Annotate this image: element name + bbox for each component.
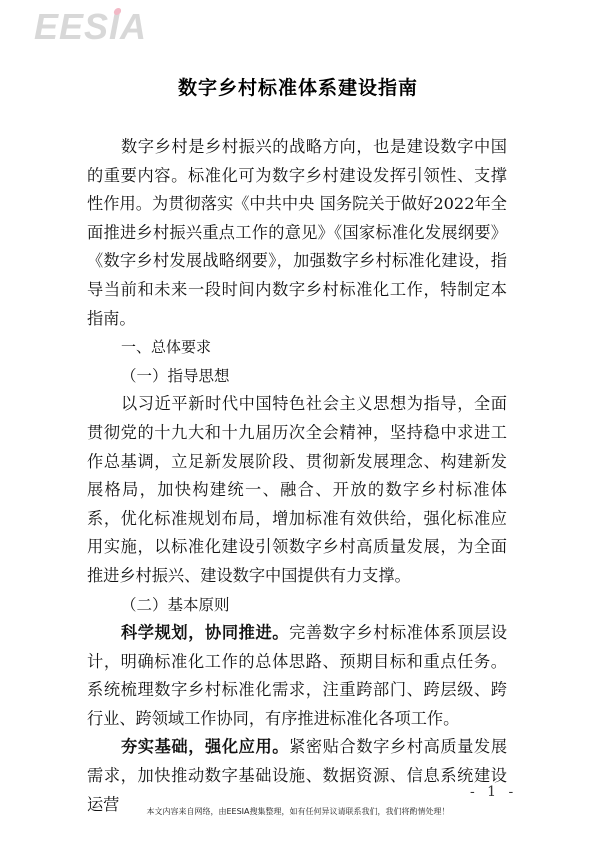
principle-paragraph: 科学规划，协同推进。完善数字乡村标准体系顶层设计，明确标准化工作的总体思路、预期… xyxy=(87,619,507,733)
guiding-ideology-paragraph: 以习近平新时代中国特色社会主义思想为指导，全面贯彻党的十九大和十九届历次全会精神… xyxy=(87,390,507,590)
document-title: 数字乡村标准体系建设指南 xyxy=(0,73,596,100)
logo-text: EESIA xyxy=(34,6,147,47)
eesia-logo: EESIA xyxy=(34,6,147,48)
page-number: - 1 - xyxy=(470,784,517,800)
subsection-heading-guiding-ideology: （一）指导思想 xyxy=(87,362,507,391)
intro-paragraph: 数字乡村是乡村振兴的战略方向，也是建设数字中国的重要内容。标准化可为数字乡村建设… xyxy=(87,133,507,333)
footer-disclaimer: 本文内容来自网络，由EESIA搜集整理，如有任何异议请联系我们，我们将酌情处理！ xyxy=(0,806,596,817)
principle-lead: 科学规划，协同推进。 xyxy=(121,623,289,642)
subsection-heading-basic-principles: （二）基本原则 xyxy=(87,591,507,620)
principle-lead: 夯实基础，强化应用。 xyxy=(121,737,289,756)
document-body: 数字乡村是乡村振兴的战略方向，也是建设数字中国的重要内容。标准化可为数字乡村建设… xyxy=(87,133,507,819)
section-heading-general-requirements: 一、总体要求 xyxy=(87,333,507,362)
